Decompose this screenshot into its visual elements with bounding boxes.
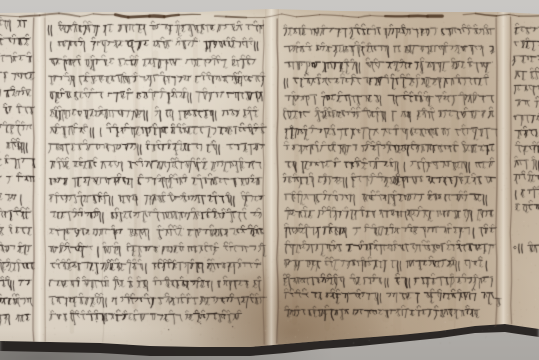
manuscript-photo: Aged Tibetan manuscript leaf with dense … <box>0 0 539 360</box>
handwritten-script-canvas <box>0 0 539 360</box>
